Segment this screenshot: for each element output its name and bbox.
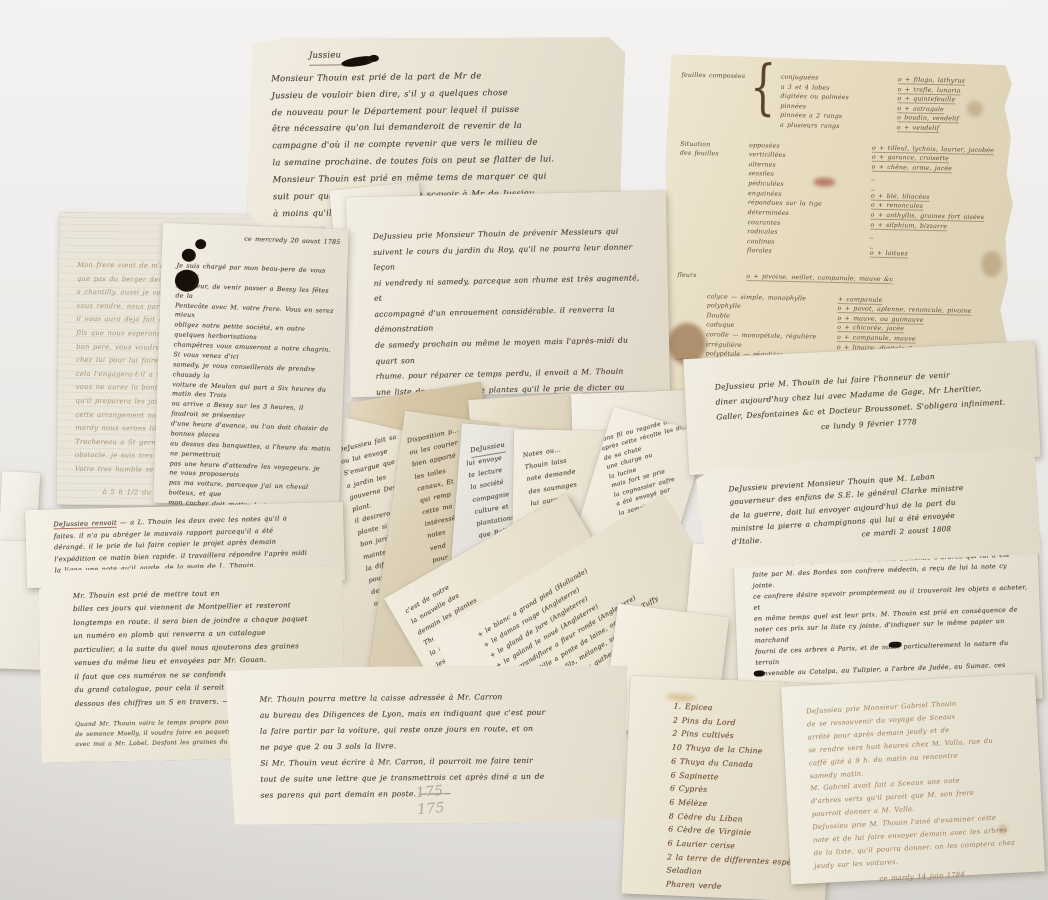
fleurs-line: o + pivoine, oeillet, campanule, mauve &…: [746, 272, 1001, 287]
ink-blot: [182, 249, 196, 262]
paper-stain: [981, 251, 1002, 277]
paper-stain: [813, 177, 835, 186]
section-feuilles-composees: feuilles composées { conjuguées a 3 et 4…: [680, 71, 1005, 135]
note-lead: DeJussieu renvoit: [53, 519, 117, 530]
terms-column: opposées verticillées alternes sessiles …: [747, 141, 867, 259]
section-label: Situation des feuilles: [678, 139, 744, 256]
section-situation-des-feuilles: Situation des feuilles opposées verticil…: [678, 139, 1004, 261]
values-column: o + tilleul, lychnis, laurier, jacobée o…: [870, 143, 1004, 261]
note-header: Jussieu: [309, 47, 341, 65]
brace-glyph: {: [749, 58, 776, 145]
values-column: o + filago, lathyrus o + trefle, lunaria…: [897, 75, 1006, 135]
terms-column: conjuguées a 3 et 4 lobes digitées ou pa…: [780, 73, 893, 133]
section-label: fleurs: [677, 271, 741, 282]
section-label: feuilles composées: [680, 71, 745, 130]
document-carron-caisse: Mr. Thouin pourra mettre la caisse adres…: [225, 664, 629, 826]
document-jeudi-1782: DeJussieu prie Monsieur Thouin de préven…: [346, 191, 670, 398]
note-body: DeJussieu prie Monsieur Gabriel Thouin d…: [806, 694, 1028, 873]
document-aout-1785: ce mercredy 20 aoust 1785 Je suis chargé…: [153, 223, 349, 509]
paper-stain: [666, 693, 696, 701]
ink-blot: [889, 642, 902, 648]
letter-dateline: ce mercredy 20 aoust 1785: [244, 235, 341, 248]
ink-blot: [195, 239, 206, 249]
ink-blot: [369, 55, 379, 62]
photo-of-manuscripts: Mon frere vient de m'apprendre que pas d…: [0, 0, 1048, 900]
terms-column: calyce — simple, monophylle polyphylle D…: [706, 292, 833, 362]
section-fleurs: fleurs o + pivoine, oeillet, campanule, …: [677, 271, 1001, 287]
pencil-inventory-number: 175 175: [415, 783, 445, 819]
document-gabriel-1784: DeJussieu prie Monsieur Gabriel Thouin d…: [781, 673, 1045, 884]
ink-blot: [754, 670, 765, 676]
